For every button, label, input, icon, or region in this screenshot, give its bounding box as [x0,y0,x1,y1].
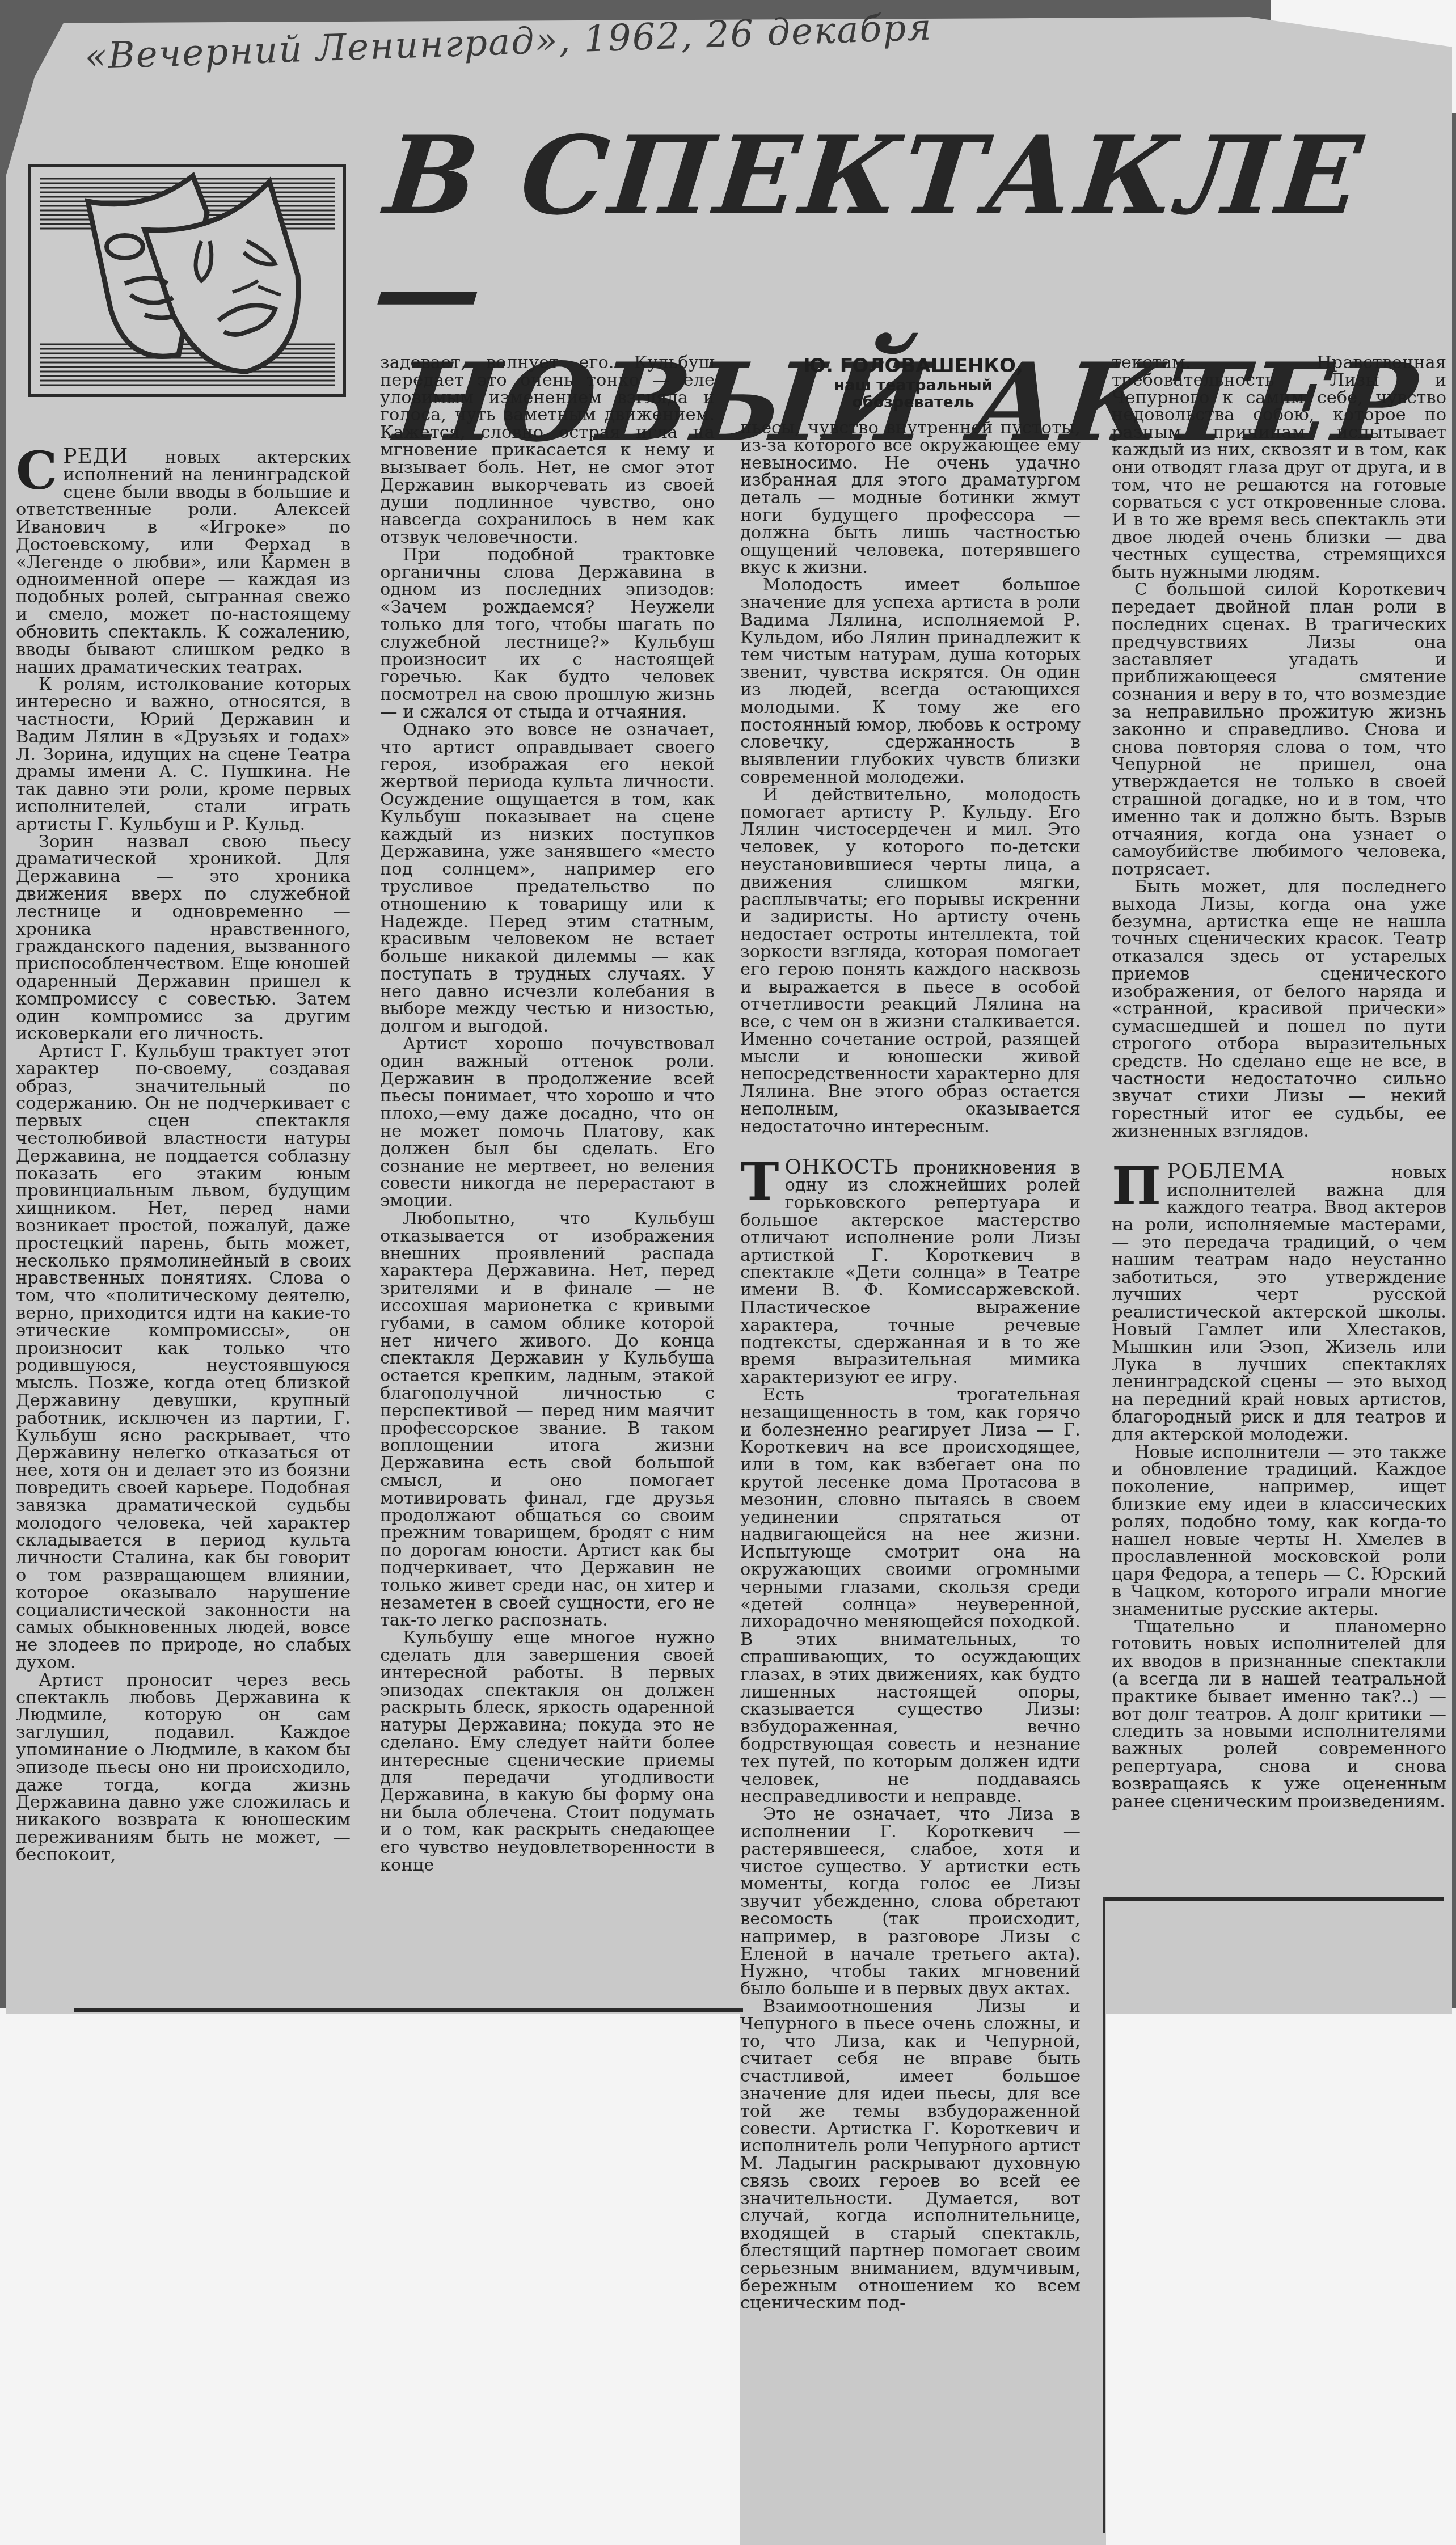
article-paragraph: Однако это вовсе не означает, что артист… [380,721,715,1036]
scan-background-bottom [0,2008,1456,2545]
article-paragraph: СРЕДИ новых актерских исполнений на лени… [16,448,351,676]
article-paragraph: Кульбушу еще многое нужно сделать для за… [380,1630,715,1874]
article-paragraph: Новые исполнители — это также и обновлен… [1112,1444,1446,1619]
article-paragraph: И действительно, молодость помогает арти… [740,787,1081,1136]
article-column-4: текстам. Нравственная требовательность Л… [1112,354,1446,1810]
article-paragraph: Артист Г. Кульбуш трактует этот характер… [16,1043,351,1672]
article-paragraph: Тщательно и планомерно готовить новых ис… [1112,1619,1446,1811]
paragraph-text: Взаимоотношения Лизы и Чепурного в пьесе… [740,1997,1081,2314]
article-paragraph: К ролям, истолкование которых интересно … [16,676,351,833]
article-paragraph: Зорин назвал свою пьесу драматической хр… [16,834,351,1044]
article-paragraph: ТОНКОСТЬ проникновения в одну из сложней… [740,1159,1081,1387]
theatre-masks-icon [28,164,346,397]
drop-cap: С [16,448,63,491]
paragraph-text: Зорин назвал свою пьесу драматической хр… [16,832,351,1044]
paragraph-text: текстам. Нравственная требовательность Л… [1112,353,1446,583]
paragraph-text: Любопытно, что Кульбуш отказывается от и… [380,1209,715,1630]
article-column-3: пьесы, чувство внутренней пустоты, из-за… [740,420,1081,2312]
article-column-2: задевает, волнует его. Кульбуш передает … [380,354,715,1874]
paragraph-text: Быть может, для последнего выхода Лизы, … [1112,877,1446,1141]
paragraph-text: Однако это вовсе не означает, что артист… [380,720,715,1037]
headline-line-1: В СПЕКТАКЛЕ— [368,119,1456,346]
paragraph-text: Новые исполнители — это также и обновлен… [1112,1442,1446,1619]
byline: Ю. ГОЛОВАШЕНКО, наш театральный обозрева… [743,354,1083,411]
byline-role-1: наш театральный [743,377,1083,394]
paragraph-text: Кульбушу еще многое нужно сделать для за… [380,1628,715,1875]
clipping-bottom-rule-right [1103,1897,1444,1901]
article-paragraph: ПРОБЛЕМА новых исполнителей важна для ка… [1112,1163,1446,1444]
paragraph-text: Молодость имеет большое значение для усп… [740,575,1081,787]
article-paragraph: текстам. Нравственная требовательность Л… [1112,354,1446,581]
byline-author: Ю. ГОЛОВАШЕНКО, [743,354,1083,377]
paragraph-text: Это не означает, что Лиза в исполнении Г… [740,1804,1081,1999]
article-paragraph: Любопытно, что Кульбуш отказывается от и… [380,1210,715,1630]
article-column-1: СРЕДИ новых актерских исполнений на лени… [16,448,351,1864]
article-paragraph: пьесы, чувство внутренней пустоты, из-за… [740,420,1081,577]
article-paragraph: Есть трогательная незащищенность в том, … [740,1387,1081,1806]
article-paragraph: Артист проносит через весь спектакль люб… [16,1672,351,1864]
article-paragraph: Артист хорошо почувствовал один важный о… [380,1036,715,1210]
article-paragraph: Это не означает, что Лиза в исполнении Г… [740,1806,1081,1998]
paragraph-text: Тщательно и планомерно готовить новых ис… [1112,1617,1446,1812]
drop-cap: Т [740,1159,784,1202]
article-paragraph: задевает, волнует его. Кульбуш передает … [380,354,715,547]
paragraph-text: проникновения в одну из сложнейших ролей… [740,1158,1081,1388]
article-paragraph: С большой силой Короткевич передает двой… [1112,581,1446,879]
article-paragraph: Быть может, для последнего выхода Лизы, … [1112,879,1446,1141]
paragraph-text: И действительно, молодость помогает арти… [740,785,1081,1137]
paragraph-text: Артист проносит через весь спектакль люб… [16,1670,351,1865]
byline-role-2: обозреватель [743,394,1083,411]
article-paragraph: Молодость имеет большое значение для усп… [740,577,1081,787]
paragraph-text: Есть трогательная незащищенность в том, … [740,1385,1081,1807]
paragraph-text: К ролям, истолкование которых интересно … [16,674,351,834]
paragraph-text: При подобной трактовке органичны слова Д… [380,545,715,722]
paragraph-text: С большой силой Короткевич передает двой… [1112,580,1446,879]
paragraph-text: новых актерских исполнений на ленинградс… [16,448,351,677]
clipping-tail-border [1103,1897,1105,2533]
paragraph-text: пьесы, чувство внутренней пустоты, из-за… [740,418,1081,577]
paragraph-text: задевает, волнует его. Кульбуш передает … [380,353,715,547]
clipping-bottom-rule [74,2008,743,2012]
article-paragraph: При подобной трактовке органичны слова Д… [380,547,715,721]
paragraph-text: Артист Г. Кульбуш трактует этот характер… [16,1041,351,1673]
drop-cap: П [1112,1163,1167,1206]
paragraph-text: Артист хорошо почувствовал один важный о… [380,1034,715,1211]
article-paragraph: Взаимоотношения Лизы и Чепурного в пьесе… [740,1998,1081,2312]
